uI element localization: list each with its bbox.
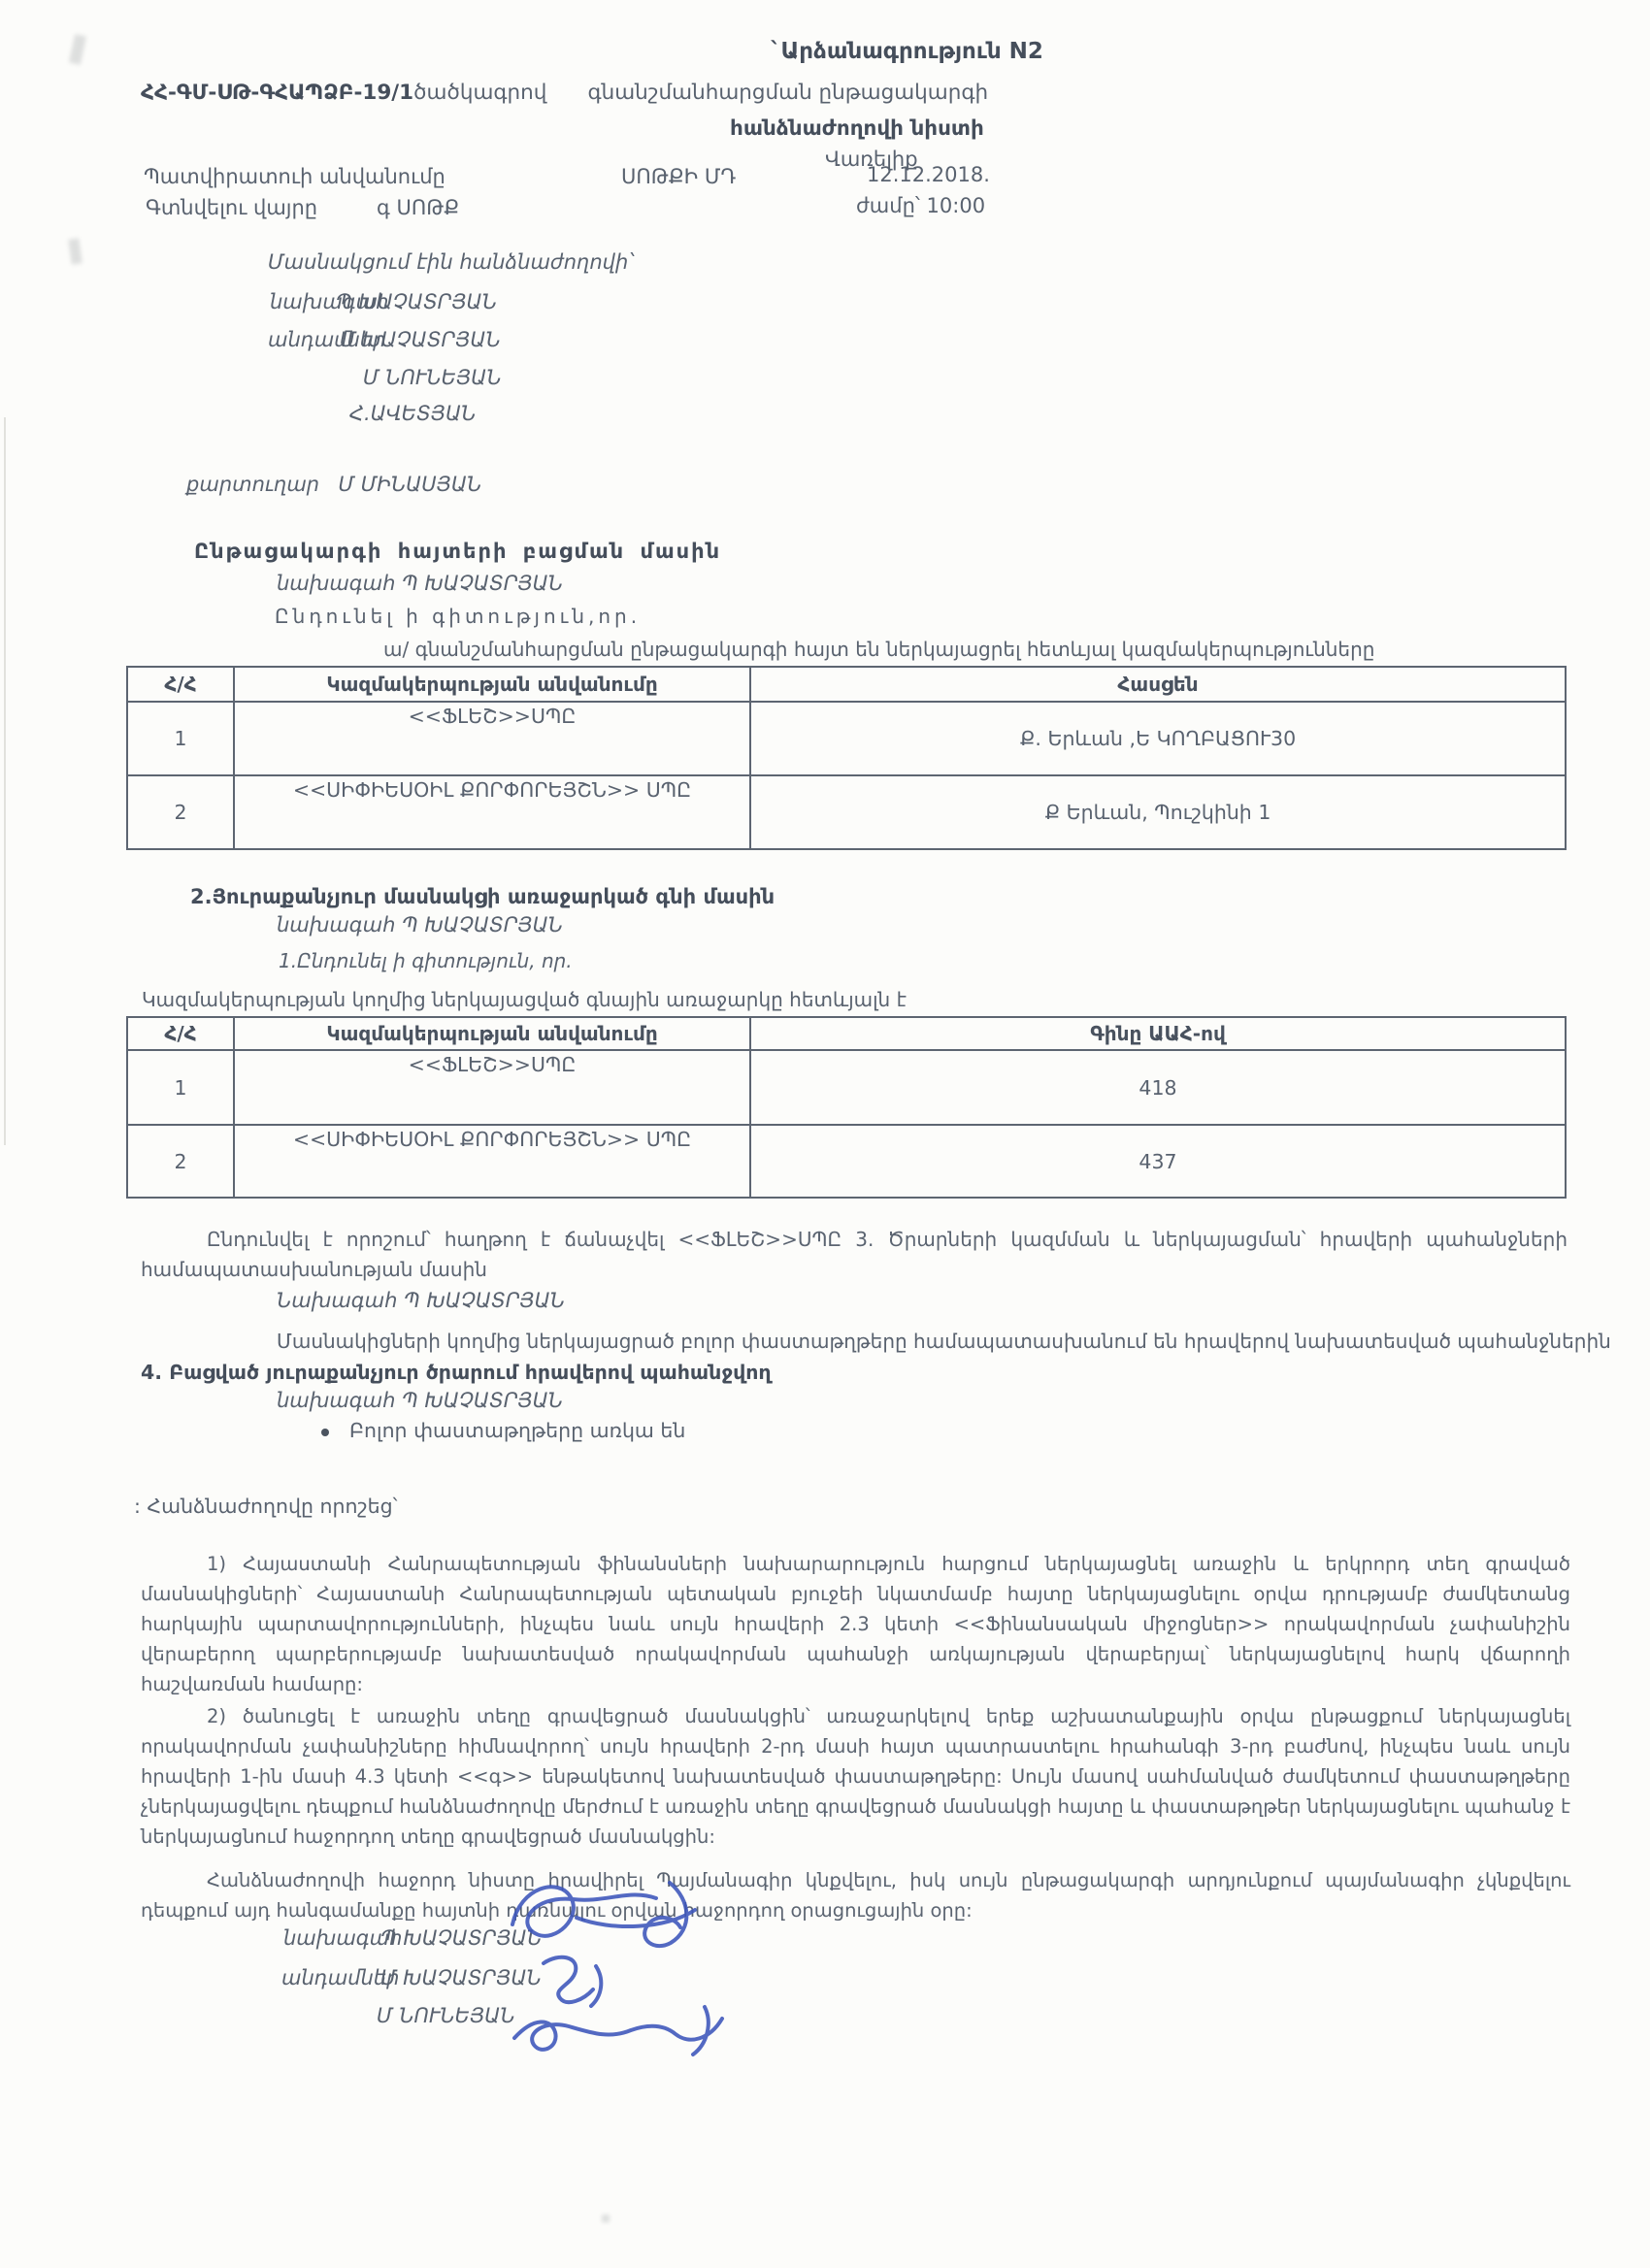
decisions-block: 1) Հայաստանի Հանրապետության ֆինանսների ն… (141, 1549, 1570, 1925)
member2-name: Մ ՆՈՒՆԵՅԱՆ (363, 366, 502, 389)
scan-smudge (68, 238, 82, 264)
row-number: 2 (127, 1125, 234, 1198)
section4-chair: նախագահ Պ ԽԱՉԱՏՐՅԱՆ (277, 1389, 563, 1412)
scan-edge-artifact (4, 417, 6, 1145)
col-header-number: Հ/Հ (127, 1017, 234, 1050)
member1-name: Մ ԽԱՉԱՏՐՅԱՆ (340, 328, 501, 351)
decision-paragraph-2: 2) ծանուցել է առաջին տեղը գրավեցրած մասն… (141, 1701, 1570, 1852)
row-number: 1 (127, 702, 234, 775)
chairman-name: Պ ԽԱՉԱՏՐՅԱՆ (336, 290, 497, 313)
table-row: 1 <<ՖԼԵՇ>>ՍՊԸ 418 (127, 1050, 1566, 1125)
row-number: 1 (127, 1050, 234, 1125)
section2-heading: 2.Յուրաքանչյուր մասնակցի առաջարկած գնի մ… (190, 885, 775, 908)
participants-intro: Մասնակցում էին հանձնաժողովի՝ (268, 250, 633, 274)
secretary-name: Մ ՄԻՆԱՍՅԱՆ (338, 473, 481, 496)
customer-label: Պատվիրատուի անվանումը (144, 165, 445, 188)
col-header-org-name: Կազմակերպության անվանումը (234, 1017, 750, 1050)
section1-chair: նախագահ Պ ԽԱՉԱՏՐՅԱՆ (277, 572, 563, 595)
secretary-line: քարտուղար Մ ՄԻՆԱՍՅԱՆ (186, 473, 481, 496)
org-address: Ք Երևան, Պուշկինի 1 (750, 775, 1566, 849)
price-offers-table: Հ/Հ Կազմակերպության անվանումը Գինը ԱԱՀ-ո… (126, 1016, 1567, 1199)
procedure-code-suffix: ծածկագրով (413, 81, 546, 105)
section4-bullet-text: Բոլոր փաստաթղթերը առկա են (349, 1419, 685, 1442)
table-row: 1 <<ՖԼԵՇ>>ՍՊԸ Ք. Երևան ,Ե ԿՈՂԲԱՑՈՒ30 (127, 702, 1566, 775)
location-value: գ ՍՈԹՔ (377, 196, 459, 219)
section3-chair: Նախագահ Պ ԽԱՉԱՏՐՅԱՆ (277, 1289, 565, 1312)
procedure-code: ՀՀ-ԳՄ-ՍԹ-ԳՀԱՊՁԲ-19/1 (141, 81, 413, 105)
secretary-label: քարտուղար (186, 473, 319, 496)
procedure-type: գնանշմանհարցման ընթացակարգի (587, 81, 988, 105)
commission-resolved-line: : Հանձնաժողովը որոշեց՝ (134, 1495, 398, 1518)
decision-paragraph-3: Հանձնաժողովի հաջորդ նիստը հրավիրել Պայմա… (141, 1865, 1570, 1925)
decision-paragraph-1: 1) Հայաստանի Հանրապետության ֆինանսների ն… (141, 1549, 1570, 1699)
col-header-number: Հ/Հ (127, 667, 234, 702)
section2-intro: Կազմակերպության կողմից ներկայացված գնայի… (142, 988, 907, 1011)
time-value: ժամը՝ 10:00 (856, 194, 985, 217)
org-name: <<ՍԻՓԻԵՍՕԻԼ ՔՈՐՓՈՐԵՅՇՆ>> ՍՊԸ (234, 775, 750, 849)
table-header-row: Հ/Հ Կազմակերպության անվանումը Գինը ԱԱՀ-ո… (127, 1017, 1566, 1050)
section1-intro: ա/ գնանշմանհարցման ընթացակարգի հայտ են ն… (383, 638, 1374, 661)
section4-heading: 4. Բացված յուրաքանչյուր ծրարում հրավերով… (141, 1361, 772, 1384)
section2-note: 1.Ընդունել ի գիտություն, որ. (279, 949, 573, 972)
scan-smudge (69, 34, 86, 65)
col-header-org-name: Կազմակերպության անվանումը (234, 667, 750, 702)
handwritten-signatures (483, 1871, 750, 2065)
table-row: 2 <<ՍԻՓԻԵՍՕԻԼ ՔՈՐՓՈՐԵՅՇՆ>> ՍՊԸ Ք Երևան, … (127, 775, 1566, 849)
bullet-icon (321, 1429, 329, 1436)
org-name: <<ՖԼԵՇ>>ՍՊԸ (234, 702, 750, 775)
customer-value: ՍՈԹՔԻ ՄԴ (621, 165, 736, 188)
location-label: Գտնվելու վայրը (146, 196, 317, 219)
scan-smudge (602, 2215, 610, 2222)
section1-heading: Ընթացակարգի հայտերի բացման մասին (194, 540, 721, 563)
org-name: <<ՖԼԵՇ>>ՍՊԸ (234, 1050, 750, 1125)
section1-note: Ընդունել ի գիտություն,որ. (275, 605, 641, 628)
row-number: 2 (127, 775, 234, 849)
procedure-code-line: ՀՀ-ԳՄ-ՍԹ-ԳՀԱՊՁԲ-19/1ծածկագրովգնանշմանհար… (141, 81, 988, 105)
scanned-protocol-document: `Արձանագրություն N2 ՀՀ-ԳՄ-ՍԹ-ԳՀԱՊՁԲ-19/1… (0, 0, 1650, 2268)
col-header-price: Գինը ԱԱՀ-ով (750, 1017, 1566, 1050)
member3-name: Հ.ԱՎԵՏՅԱՆ (349, 402, 476, 425)
table-row: 2 <<ՍԻՓԻԵՍՕԻԼ ՔՈՐՓՈՐԵՅՇՆ>> ՍՊԸ 437 (127, 1125, 1566, 1198)
table-header-row: Հ/Հ Կազմակերպության անվանումը Հասցեն (127, 667, 1566, 702)
price-value: 418 (750, 1050, 1566, 1125)
section3-body: Մասնակիցների կողմից ներկայացրած բոլոր փա… (277, 1330, 1611, 1353)
bidders-table: Հ/Հ Կազմակերպության անվանումը Հասցեն 1 <… (126, 666, 1567, 850)
session-title: հանձնաժողովի նիստի (730, 116, 984, 141)
winner-decision-text: Ընդունվել է որոշում՝ հաղթող է ճանաչվել <… (141, 1225, 1567, 1285)
price-value: 437 (750, 1125, 1566, 1198)
section2-chair: նախագահ Պ ԽԱՉԱՏՐՅԱՆ (277, 913, 563, 937)
org-address: Ք. Երևան ,Ե ԿՈՂԲԱՑՈՒ30 (750, 702, 1566, 775)
protocol-title: `Արձանագրություն N2 (770, 39, 1043, 64)
date-value: 12.12.2018. (867, 163, 990, 186)
org-name: <<ՍԻՓԻԵՍՕԻԼ ՔՈՐՓՈՐԵՅՇՆ>> ՍՊԸ (234, 1125, 750, 1198)
col-header-address: Հասցեն (750, 667, 1566, 702)
